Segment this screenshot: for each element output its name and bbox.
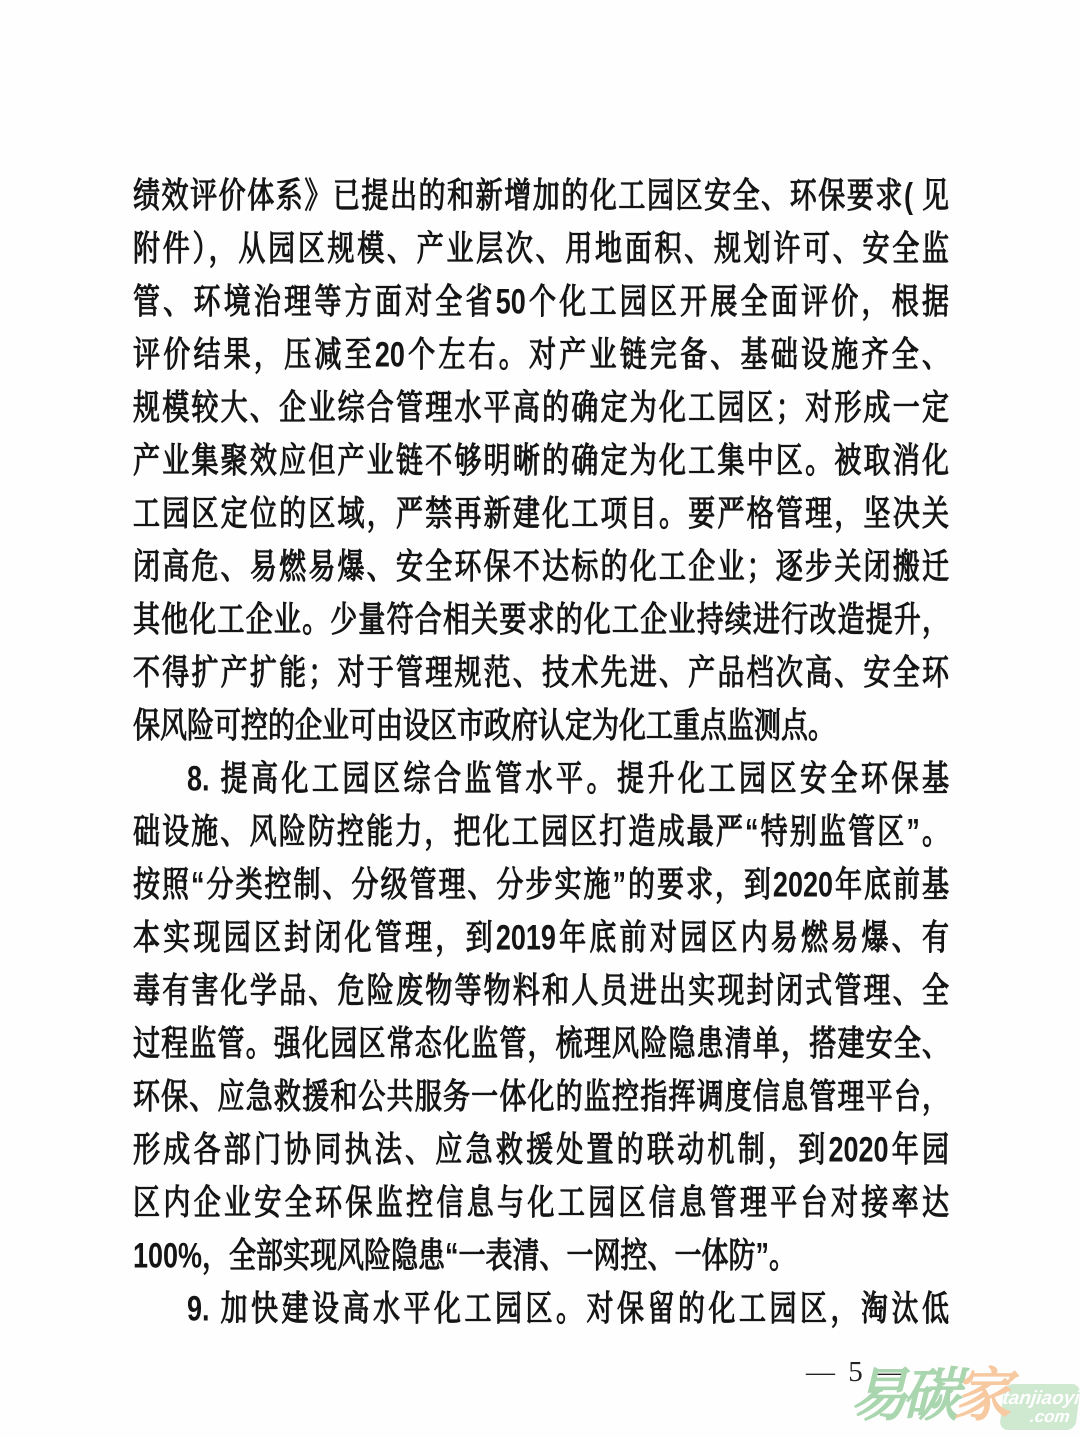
document-body: 绩效评价体系》已提出的和新增加的化工园区安全、环保要求( 见附件），从园区规模、… [133,170,949,1336]
text-line: 9. 加快建设高水平化工园区。对保留的化工园区，淘汰低 [133,1275,949,1344]
watermark-domain-text: tanjiaoyi [1001,1389,1080,1408]
watermark-domain-tld: .com [1029,1408,1078,1425]
watermark-domain-box: tanjiaoyi .com [999,1384,1080,1430]
watermark-logo: tanjiaoyi .com 易碳家 [850,1362,1080,1438]
document-page: 绩效评价体系》已提出的和新增加的化工园区安全、环保要求( 见附件），从园区规模、… [0,0,1080,1438]
watermark-brand-char: 家 [953,1366,1011,1424]
watermark-brand-char: 易 [850,1366,908,1424]
watermark-brand-char: 碳 [902,1366,960,1424]
